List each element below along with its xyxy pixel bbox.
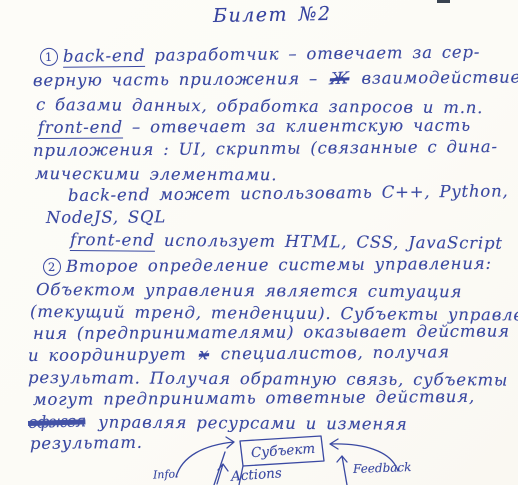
diagram-strokes xyxy=(0,0,518,485)
feedback-label: Feedback xyxy=(353,460,412,476)
handwritten-page: Билет №2 1back-end разработчик – отвечае… xyxy=(0,0,518,485)
info-up-arrow xyxy=(217,464,228,484)
info-label: Info. xyxy=(153,467,179,481)
feedback-line xyxy=(337,456,347,485)
left-input-arrow xyxy=(176,437,234,477)
